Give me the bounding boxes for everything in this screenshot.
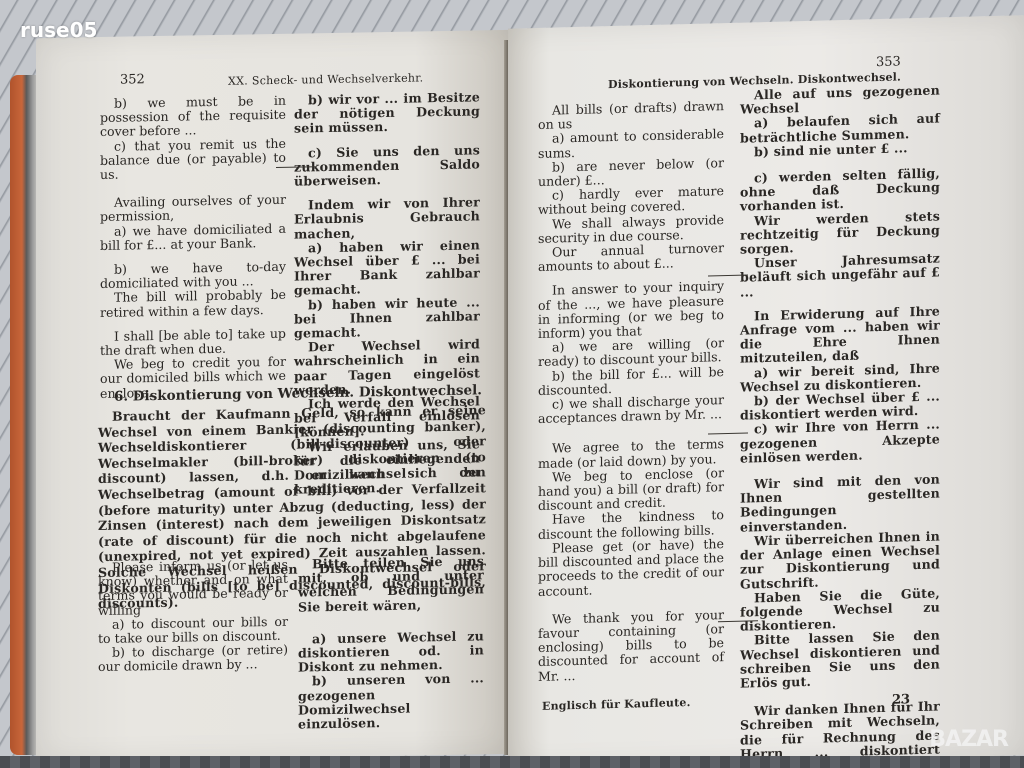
de-phrase: Bitte teilen Sie uns mit, ob und unter w… — [298, 554, 484, 614]
en-phrase: b) we must be in possession of the requi… — [100, 94, 286, 140]
de-phrase: a) unsere Wechsel zu diskontieren od. in… — [298, 629, 484, 675]
de-phrase: b) haben wir heute ... bei Ihnen zahlbar… — [294, 295, 480, 341]
table-surface-strip — [0, 756, 1024, 768]
en-phrase: Please get (or have) the bill discounted… — [538, 537, 724, 599]
en-phrase: The bill will probably be retired within… — [100, 288, 286, 320]
left-page: 352 XX. Scheck- und Wechselverkehr. b) w… — [36, 30, 510, 762]
running-head-left: XX. Scheck- und Wechselverkehr. — [228, 71, 423, 87]
de-phrase: c) Sie uns den uns zukommenden Saldo übe… — [294, 143, 480, 189]
page-number-left: 352 — [120, 72, 145, 87]
de-phrase: Haben Sie die Güte, folgende Wechsel zu … — [740, 586, 940, 634]
en-phrase: c) that you remit us the balance due (or… — [100, 136, 286, 182]
en-phrase: We thank you for your favour containing … — [538, 608, 724, 684]
de-phrase: Indem wir von Ihrer Erlaubnis Gebrauch m… — [294, 196, 480, 242]
en-phrase: Our annual turnover amounts to about £..… — [538, 241, 724, 274]
de-phrase: b) wir vor ... im Besitze der nötigen De… — [294, 90, 480, 136]
german-column-bottom: Bitte teilen Sie uns mit, ob und unter w… — [298, 554, 484, 731]
en-phrase: a) we have domiciliated a bill for £... … — [100, 221, 286, 253]
english-column-bottom: Please inform us (or let us know) whethe… — [98, 558, 288, 675]
en-phrase: Availing ourselves of your permission, — [100, 193, 286, 225]
en-phrase: b) to discharge (or retire) our domicile… — [98, 643, 288, 675]
de-phrase: Wir überreichen Ihnen in der Anlage eine… — [740, 529, 940, 591]
en-phrase: We beg to enclose (or hand you) a bill (… — [538, 466, 724, 513]
english-column-right: All bills (or drafts) drawn on us a) amo… — [538, 99, 724, 684]
seller-watermark: ruse05 — [20, 18, 97, 42]
signature-mark: 23 — [892, 692, 910, 707]
de-phrase: Wir sind mit den von Ihnen gestellten Be… — [740, 473, 940, 535]
german-column-right: Alle auf uns gezogenen Wechsel a) belauf… — [740, 83, 940, 768]
de-phrase: c) wir Ihre von Herrn ... gezogenen Akze… — [740, 418, 940, 466]
de-phrase: Unser Jahresumsatz beläuft sich ungefähr… — [740, 252, 940, 300]
en-phrase: In answer to your inquiry of the ..., we… — [538, 280, 724, 342]
de-phrase: b) sind nie unter £ ... — [740, 140, 940, 159]
de-phrase: Wir werden stets rechtzeitig für Deckung… — [740, 209, 940, 257]
de-phrase: In Erwiderung auf Ihre Anfrage vom ... h… — [740, 304, 940, 366]
footer-signature-title: Englisch für Kaufleute. — [542, 696, 691, 713]
de-phrase: b) unseren von ... gezogenen Domizilwech… — [298, 672, 484, 732]
en-phrase: c) we shall discharge your acceptances d… — [538, 393, 724, 426]
page-number-right: 353 — [876, 54, 901, 70]
right-page: Diskontierung von Wechseln. Diskontwechs… — [508, 15, 1024, 768]
de-phrase: c) werden selten fällig, ohne daß Deckun… — [740, 166, 940, 214]
bazar-logo-watermark: BAZAR — [929, 727, 1008, 752]
de-phrase: Bitte lassen Sie den Wechsel diskontiere… — [740, 629, 940, 691]
en-phrase: Please inform us (or let us know) whethe… — [98, 558, 288, 618]
english-column-top: b) we must be in possession of the requi… — [100, 94, 286, 411]
de-phrase: a) haben wir einen Wechsel über £ ... be… — [294, 238, 480, 298]
